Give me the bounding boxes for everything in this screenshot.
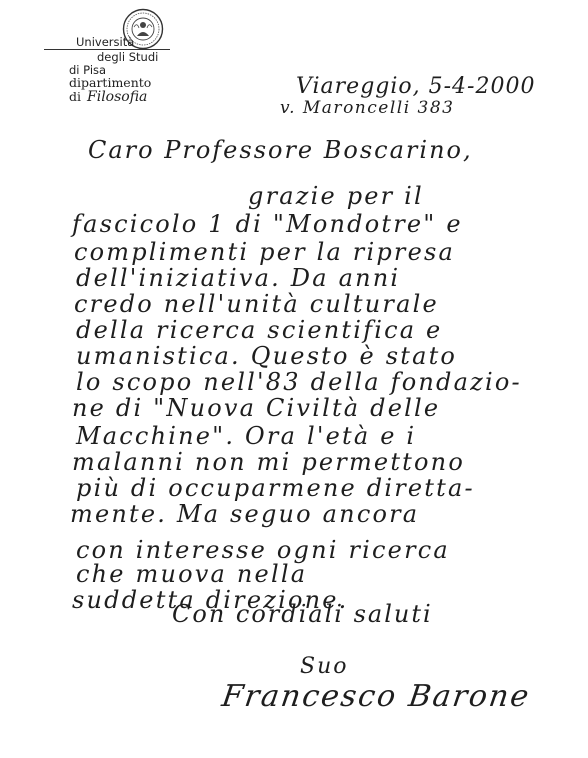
body-line: mente. Ma seguo ancora	[70, 502, 419, 526]
body-line: ne di "Nuova Civiltà delle	[72, 396, 440, 420]
letterhead-university: Università	[76, 37, 134, 49]
letterhead-degli-studi: degli Studi	[97, 52, 158, 64]
closing: Con cordiali saluti	[172, 602, 433, 626]
body-line: con interesse ogni ricerca	[76, 538, 450, 562]
body-line: grazie per il	[248, 184, 424, 208]
body-line: della ricerca scientifica e	[76, 318, 442, 342]
body-line: che muova nella	[76, 562, 307, 586]
body-line: credo nell'unità culturale	[74, 292, 439, 316]
body-line: più di occuparmene diretta-	[76, 476, 475, 500]
body-line: malanni non mi permettono	[72, 450, 465, 474]
body-line: complimenti per la ripresa	[74, 240, 455, 264]
letterhead-dipartimento: dipartimento	[69, 77, 151, 90]
letterhead: Università degli Studi di Pisa dipartime…	[40, 6, 180, 106]
body-line: fascicolo 1 di "Mondotre" e	[72, 212, 463, 236]
signature: Francesco Barone	[220, 682, 532, 712]
place-date: Viareggio, 5-4-2000	[296, 76, 535, 98]
sender-address: v. Maroncelli 383	[280, 100, 455, 117]
letterhead-filosofia: Filosofia	[87, 90, 147, 104]
letterhead-di: di	[69, 91, 81, 104]
closing-suo: Suo	[300, 656, 349, 678]
body-line: umanistica. Questo è stato	[76, 344, 457, 368]
body-line: dell'iniziativa. Da anni	[76, 266, 400, 290]
body-line: lo scopo nell'83 della fondazio-	[76, 370, 522, 394]
salutation: Caro Professore Boscarino,	[88, 138, 473, 162]
body-line: Macchine". Ora l'età e i	[76, 424, 416, 448]
